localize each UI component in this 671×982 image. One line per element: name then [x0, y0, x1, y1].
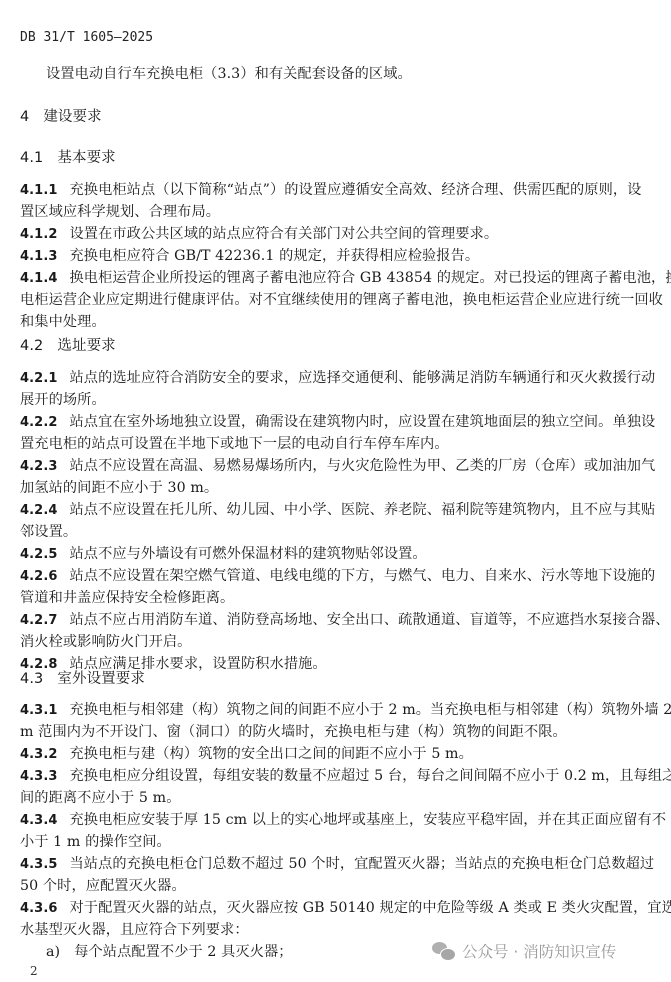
clause-text: 充换电柜站点（以下简称“站点”）的设置应遵循安全高效、经济合理、供需匹配的原则，…	[70, 182, 642, 198]
clause-4-2-5: 4.2.5站点不应与外墙设有可燃外保温材料的建筑物贴邻设置。	[20, 543, 655, 566]
clause-number: 4.2.4	[20, 503, 58, 518]
chapter-title: 建设要求	[43, 109, 101, 125]
section-number: 4.1	[20, 150, 43, 166]
clause-4-2-6: 4.2.6站点不应设置在架空燃气管道、电线电缆的下方，与燃气、电力、自来水、污水…	[20, 565, 655, 588]
clause-4-1-1: 4.1.1充换电柜站点（以下简称“站点”）的设置应遵循安全高效、经济合理、供需匹…	[20, 179, 655, 202]
clause-number: 4.1.2	[20, 227, 58, 242]
clause-number: 4.2.3	[20, 459, 58, 474]
section-heading-4-2: 4.2选址要求	[20, 335, 655, 357]
clause-number: 4.2.2	[20, 415, 58, 430]
clause-4-3-1-cont: m 范围内为不开设门、窗（洞口）的防火墙时，充换电柜与建（构）筑物的间距不限。	[20, 721, 655, 743]
clause-4-2-1-cont: 展开的场所。	[20, 389, 655, 411]
clause-number: 4.3.4	[20, 813, 58, 828]
section-heading-4-3: 4.3室外设置要求	[20, 668, 655, 690]
clause-4-3-4-cont: 小于 1 m 的操作空间。	[20, 831, 655, 853]
section-heading-4-1: 4.1基本要求	[20, 147, 655, 169]
clause-number: 4.3.6	[20, 901, 58, 916]
intro-text: 设置电动自行车充换电柜（3.3）和有关配套设备的区域。	[46, 63, 655, 85]
clause-4-3-5: 4.3.5当站点的充换电柜仓门总数不超过 50 个时，宜配置灭火器；当站点的充换…	[20, 853, 655, 876]
clause-text: 设置在市政公共区域的站点应符合有关部门对公共空间的管理要求。	[70, 226, 499, 242]
clause-text: 对于配置灭火器的站点，灭火器应按 GB 50140 规定的中危险等级 A 类或 …	[70, 900, 671, 916]
watermark: 公众号 · 消防知识宣传	[432, 940, 616, 962]
clause-number: 4.2.1	[20, 371, 58, 386]
clause-number: 4.2.5	[20, 547, 58, 562]
clause-text: 充换电柜应安装于厚 15 cm 以上的实心地坪或基座上，安装应平稳牢固，并在其正…	[70, 812, 667, 828]
clause-4-2-2-cont: 置充电柜的站点可设置在半地下或地下一层的电动自行车停车库内。	[20, 433, 655, 455]
clause-text: 站点不应占用消防车道、消防登高场地、安全出口、疏散通道、盲道等，不应遮挡水泵接合…	[70, 612, 670, 628]
clause-text: 充换电柜与建（构）筑物的安全出口之间的间距不应小于 5 m。	[70, 746, 473, 762]
clause-text: 当站点的充换电柜仓门总数不超过 50 个时，宜配置灭火器；当站点的充换电柜仓门总…	[70, 856, 655, 872]
clause-number: 4.1.4	[20, 271, 58, 286]
clause-4-1-3: 4.1.3充换电柜应符合 GB/T 42236.1 的规定，并获得相应检验报告。	[20, 245, 655, 268]
clause-4-3-3: 4.3.3充换电柜应分组设置，每组安装的数量不应超过 5 台，每台之间间隔不应小…	[20, 765, 655, 788]
list-item-text: 每个站点配置不少于 2 具灭火器；	[74, 944, 292, 960]
clause-text: 充换电柜应符合 GB/T 42236.1 的规定，并获得相应检验报告。	[70, 248, 480, 264]
clause-4-2-3: 4.2.3站点不应设置在高温、易燃易爆场所内，与火灾危险性为甲、乙类的厂房（仓库…	[20, 455, 655, 478]
clause-number: 4.3.2	[20, 747, 58, 762]
clause-4-1-4: 4.1.4换电柜运营企业所投运的锂离子蓄电池应符合 GB 43854 的规定。对…	[20, 267, 655, 290]
clause-number: 4.1.1	[20, 183, 58, 198]
chapter-heading: 4建设要求	[20, 106, 655, 128]
clause-4-2-4: 4.2.4站点不应设置在托儿所、幼儿园、中小学、医院、养老院、福利院等建筑物内，…	[20, 499, 655, 522]
clause-text: 站点宜在室外场地独立设置，确需设在建筑物内时，应设置在建筑地面层的独立空间。单独…	[70, 414, 656, 430]
clause-4-3-2: 4.3.2充换电柜与建（构）筑物的安全出口之间的间距不应小于 5 m。	[20, 743, 655, 766]
clause-4-3-4: 4.3.4充换电柜应安装于厚 15 cm 以上的实心地坪或基座上，安装应平稳牢固…	[20, 809, 655, 832]
clause-4-2-4-cont: 邻设置。	[20, 521, 655, 543]
clause-text: 换电柜运营企业所投运的锂离子蓄电池应符合 GB 43854 的规定。对已投运的锂…	[70, 270, 671, 286]
clause-text: 充换电柜与相邻建（构）筑物之间的间距不应小于 2 m。当充换电柜与相邻建（构）筑…	[70, 702, 671, 718]
watermark-text: 公众号 · 消防知识宣传	[462, 940, 616, 962]
clause-4-2-2: 4.2.2站点宜在室外场地独立设置，确需设在建筑物内时，应设置在建筑地面层的独立…	[20, 411, 655, 434]
clause-4-2-1: 4.2.1站点的选址应符合消防安全的要求，应选择交通便利、能够满足消防车辆通行和…	[20, 367, 655, 390]
clause-4-1-4-cont: 和集中处理。	[20, 311, 655, 333]
clause-4-1-2: 4.1.2设置在市政公共区域的站点应符合有关部门对公共空间的管理要求。	[20, 223, 655, 246]
section-number: 4.3	[20, 671, 43, 687]
standard-id-header: DB 31/T 1605—2025	[20, 30, 153, 45]
clause-text: 站点的选址应符合消防安全的要求，应选择交通便利、能够满足消防车辆通行和灭火救援行…	[70, 370, 656, 386]
clause-text: 站点不应设置在架空燃气管道、电线电缆的下方，与燃气、电力、自来水、污水等地下设施…	[70, 568, 656, 584]
list-marker: a)	[46, 944, 60, 960]
clause-text: 站点不应设置在托儿所、幼儿园、中小学、医院、养老院、福利院等建筑物内，且不应与其…	[70, 502, 656, 518]
clause-text: 站点不应与外墙设有可燃外保温材料的建筑物贴邻设置。	[70, 546, 427, 562]
section-title: 室外设置要求	[57, 671, 145, 687]
clause-number: 4.3.1	[20, 703, 58, 718]
clause-number: 4.3.3	[20, 769, 58, 784]
clause-number: 4.2.7	[20, 613, 58, 628]
clause-4-2-6-cont: 管道和井盖应保持安全检修距离。	[20, 587, 655, 609]
clause-4-3-3-cont: 间的距离不应小于 5 m。	[20, 787, 655, 809]
clause-4-2-3-cont: 加氢站的间距不应小于 30 m。	[20, 477, 655, 499]
clause-4-3-5-cont: 50 个时，应配置灭火器。	[20, 875, 655, 897]
chapter-number: 4	[20, 109, 29, 125]
clause-4-3-6-cont: 水基型灭火器，且应符合下列要求：	[20, 919, 655, 941]
section-title: 选址要求	[57, 338, 115, 354]
wechat-icon	[432, 941, 456, 961]
page-number: 2	[30, 964, 38, 978]
clause-4-2-7: 4.2.7站点不应占用消防车道、消防登高场地、安全出口、疏散通道、盲道等，不应遮…	[20, 609, 655, 632]
clause-4-3-1: 4.3.1充换电柜与相邻建（构）筑物之间的间距不应小于 2 m。当充换电柜与相邻…	[20, 699, 655, 722]
section-title: 基本要求	[57, 150, 115, 166]
clause-number: 4.3.5	[20, 857, 58, 872]
clause-4-3-6: 4.3.6对于配置灭火器的站点，灭火器应按 GB 50140 规定的中危险等级 …	[20, 897, 655, 920]
clause-4-2-7-cont: 消火栓或影响防火门开启。	[20, 631, 655, 653]
clause-text: 充换电柜应分组设置，每组安装的数量不应超过 5 台，每台之间间隔不应小于 0.2…	[70, 768, 671, 784]
clause-number: 4.1.3	[20, 249, 58, 264]
section-number: 4.2	[20, 338, 43, 354]
clause-text: 站点不应设置在高温、易燃易爆场所内，与火灾危险性为甲、乙类的厂房（仓库）或加油加…	[70, 458, 656, 474]
clause-4-1-1-cont: 置区域应科学规划、合理布局。	[20, 201, 655, 223]
clause-number: 4.2.6	[20, 569, 58, 584]
clause-4-1-4-cont: 电柜运营企业应定期进行健康评估。对不宜继续使用的锂离子蓄电池，换电柜运营企业应进…	[20, 289, 655, 311]
